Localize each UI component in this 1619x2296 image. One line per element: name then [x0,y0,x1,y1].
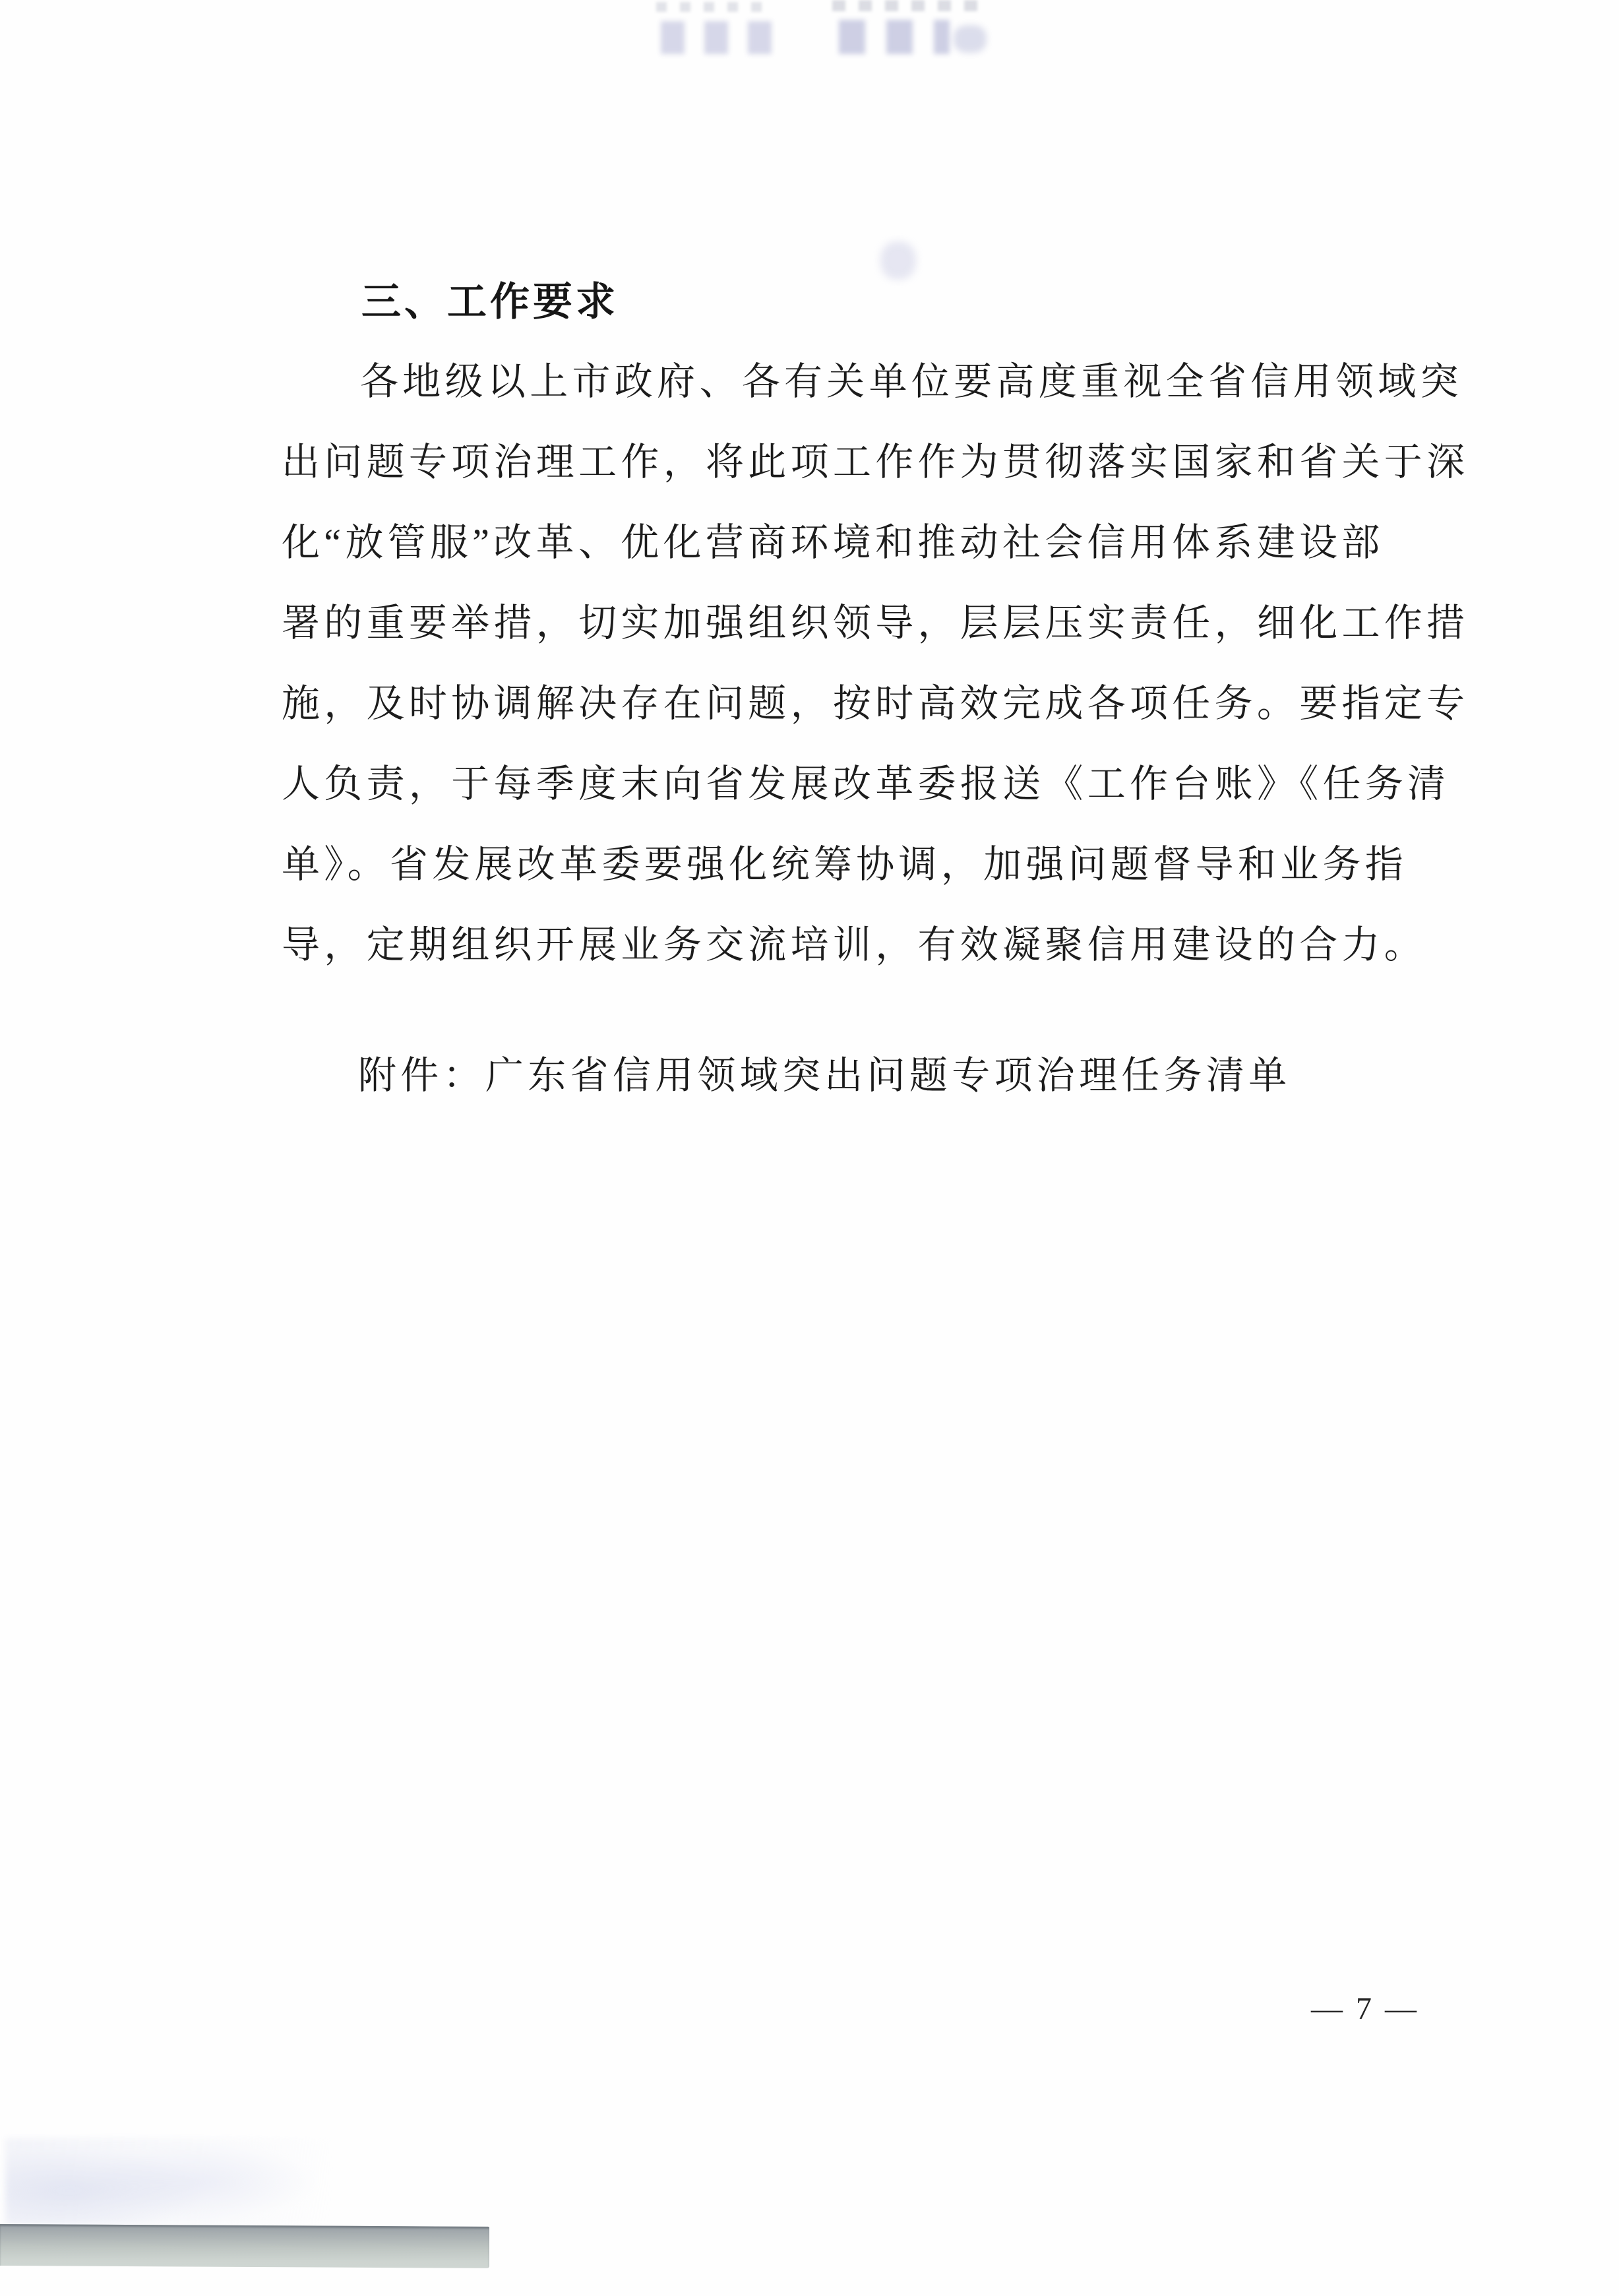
paragraph-line: 署的重要举措，切实加强组织领导，层层压实责任，细化工作措 [282,583,1475,664]
body-paragraph: 各地级以上市政府、各有关单位要高度重视全省信用领域突 出问题专项治理工作，将此项… [282,342,1475,985]
section-heading: 三、工作要求 [361,270,619,327]
scanned-document-page: 三、工作要求 各地级以上市政府、各有关单位要高度重视全省信用领域突 出问题专项治… [0,0,1619,2296]
bleedthrough-smudge-left [661,21,787,54]
bleedthrough-smudge-right [839,20,950,54]
scanner-edge-bar-artifact [0,2224,489,2268]
corner-smudge-artifact [5,2138,332,2225]
bleedthrough-smudge-small [954,25,987,53]
bleedthrough-spot-mid [880,241,916,280]
paragraph-line: 出问题专项治理工作，将此项工作作为贯彻落实国家和省关于深 [282,422,1475,503]
attachment-reference: 附件：广东省信用领域突出问题专项治理任务清单 [358,1036,1291,1116]
bleedthrough-speck-row-left [656,2,774,12]
paragraph-line: 各地级以上市政府、各有关单位要高度重视全省信用领域突 [282,342,1475,422]
bleedthrough-speck-row-right [832,0,985,11]
page-number: — 7 — [1311,1991,1419,2027]
paragraph-line: 施，及时协调解决存在问题，按时高效完成各项任务。要指定专 [282,664,1475,744]
paragraph-line: 化“放管服”改革、优化营商环境和推动社会信用体系建设部 [282,503,1475,583]
paragraph-line: 导，定期组织开展业务交流培训，有效凝聚信用建设的合力。 [282,905,1475,985]
paragraph-line: 人负责，于每季度末向省发展改革委报送《工作台账》《任务清 [282,744,1475,824]
paragraph-line: 单》。省发展改革委要强化统筹协调，加强问题督导和业务指 [282,824,1475,905]
